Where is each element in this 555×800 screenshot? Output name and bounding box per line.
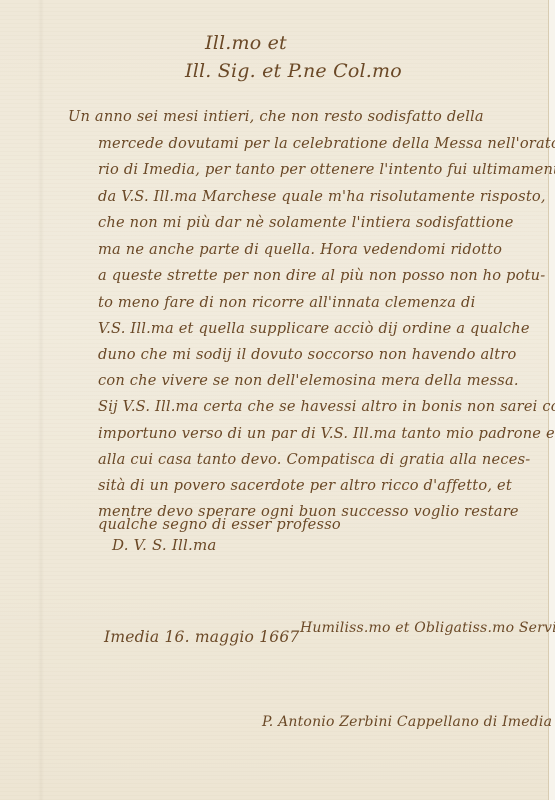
body-line: con che vivere se non dell'elemosina mer… — [98, 372, 519, 389]
body-line: V.S. Ill.ma et quella supplicare acciò d… — [98, 320, 530, 337]
body-line: Un anno sei mesi intieri, che non resto … — [68, 108, 484, 125]
salutation-line-1: Ill.mo et — [205, 32, 287, 54]
paper-fold — [38, 0, 44, 800]
body-line: qualche segno di esser professo — [98, 516, 341, 533]
body-line: rio di Imedia, per tanto per ottenere l'… — [98, 161, 555, 178]
body-line: che non mi più dar nè solamente l'intier… — [98, 214, 514, 231]
place-and-date: Imedia 16. maggio 1667 — [104, 628, 299, 646]
body-line: alla cui casa tanto devo. Compatisca di … — [98, 451, 530, 468]
body-line: a queste strette per non dire al più non… — [98, 267, 545, 284]
body-line: importuno verso di un par di V.S. Ill.ma… — [98, 425, 555, 442]
body-line: duno che mi sodij il dovuto soccorso non… — [98, 346, 517, 363]
salutation-line-2: Ill. Sig. et P.ne Col.mo — [185, 60, 402, 82]
body-line: mentre devo sperare ogni buon successo v… — [98, 503, 519, 520]
body-line: mercede dovutami per la celebratione del… — [98, 135, 555, 152]
body-line: ma ne anche parte di quella. Hora vedend… — [98, 241, 502, 258]
body-line: da V.S. Ill.ma Marchese quale m'ha risol… — [98, 188, 546, 205]
closing-formula: D. V. S. Ill.ma — [112, 536, 217, 554]
body-line: to meno fare di non ricorre all'innata c… — [98, 294, 475, 311]
body-line: Sij V.S. Ill.ma certa che se havessi alt… — [98, 398, 555, 415]
body-line: sità di un povero sacerdote per altro ri… — [98, 477, 512, 494]
letter-page: Ill.mo et Ill. Sig. et P.ne Col.mo Un an… — [0, 0, 549, 800]
signature: P. Antonio Zerbini Cappellano di Imedia — [262, 714, 552, 730]
humble-servant-line: Humiliss.mo et Obligatiss.mo Servitore — [300, 620, 555, 636]
